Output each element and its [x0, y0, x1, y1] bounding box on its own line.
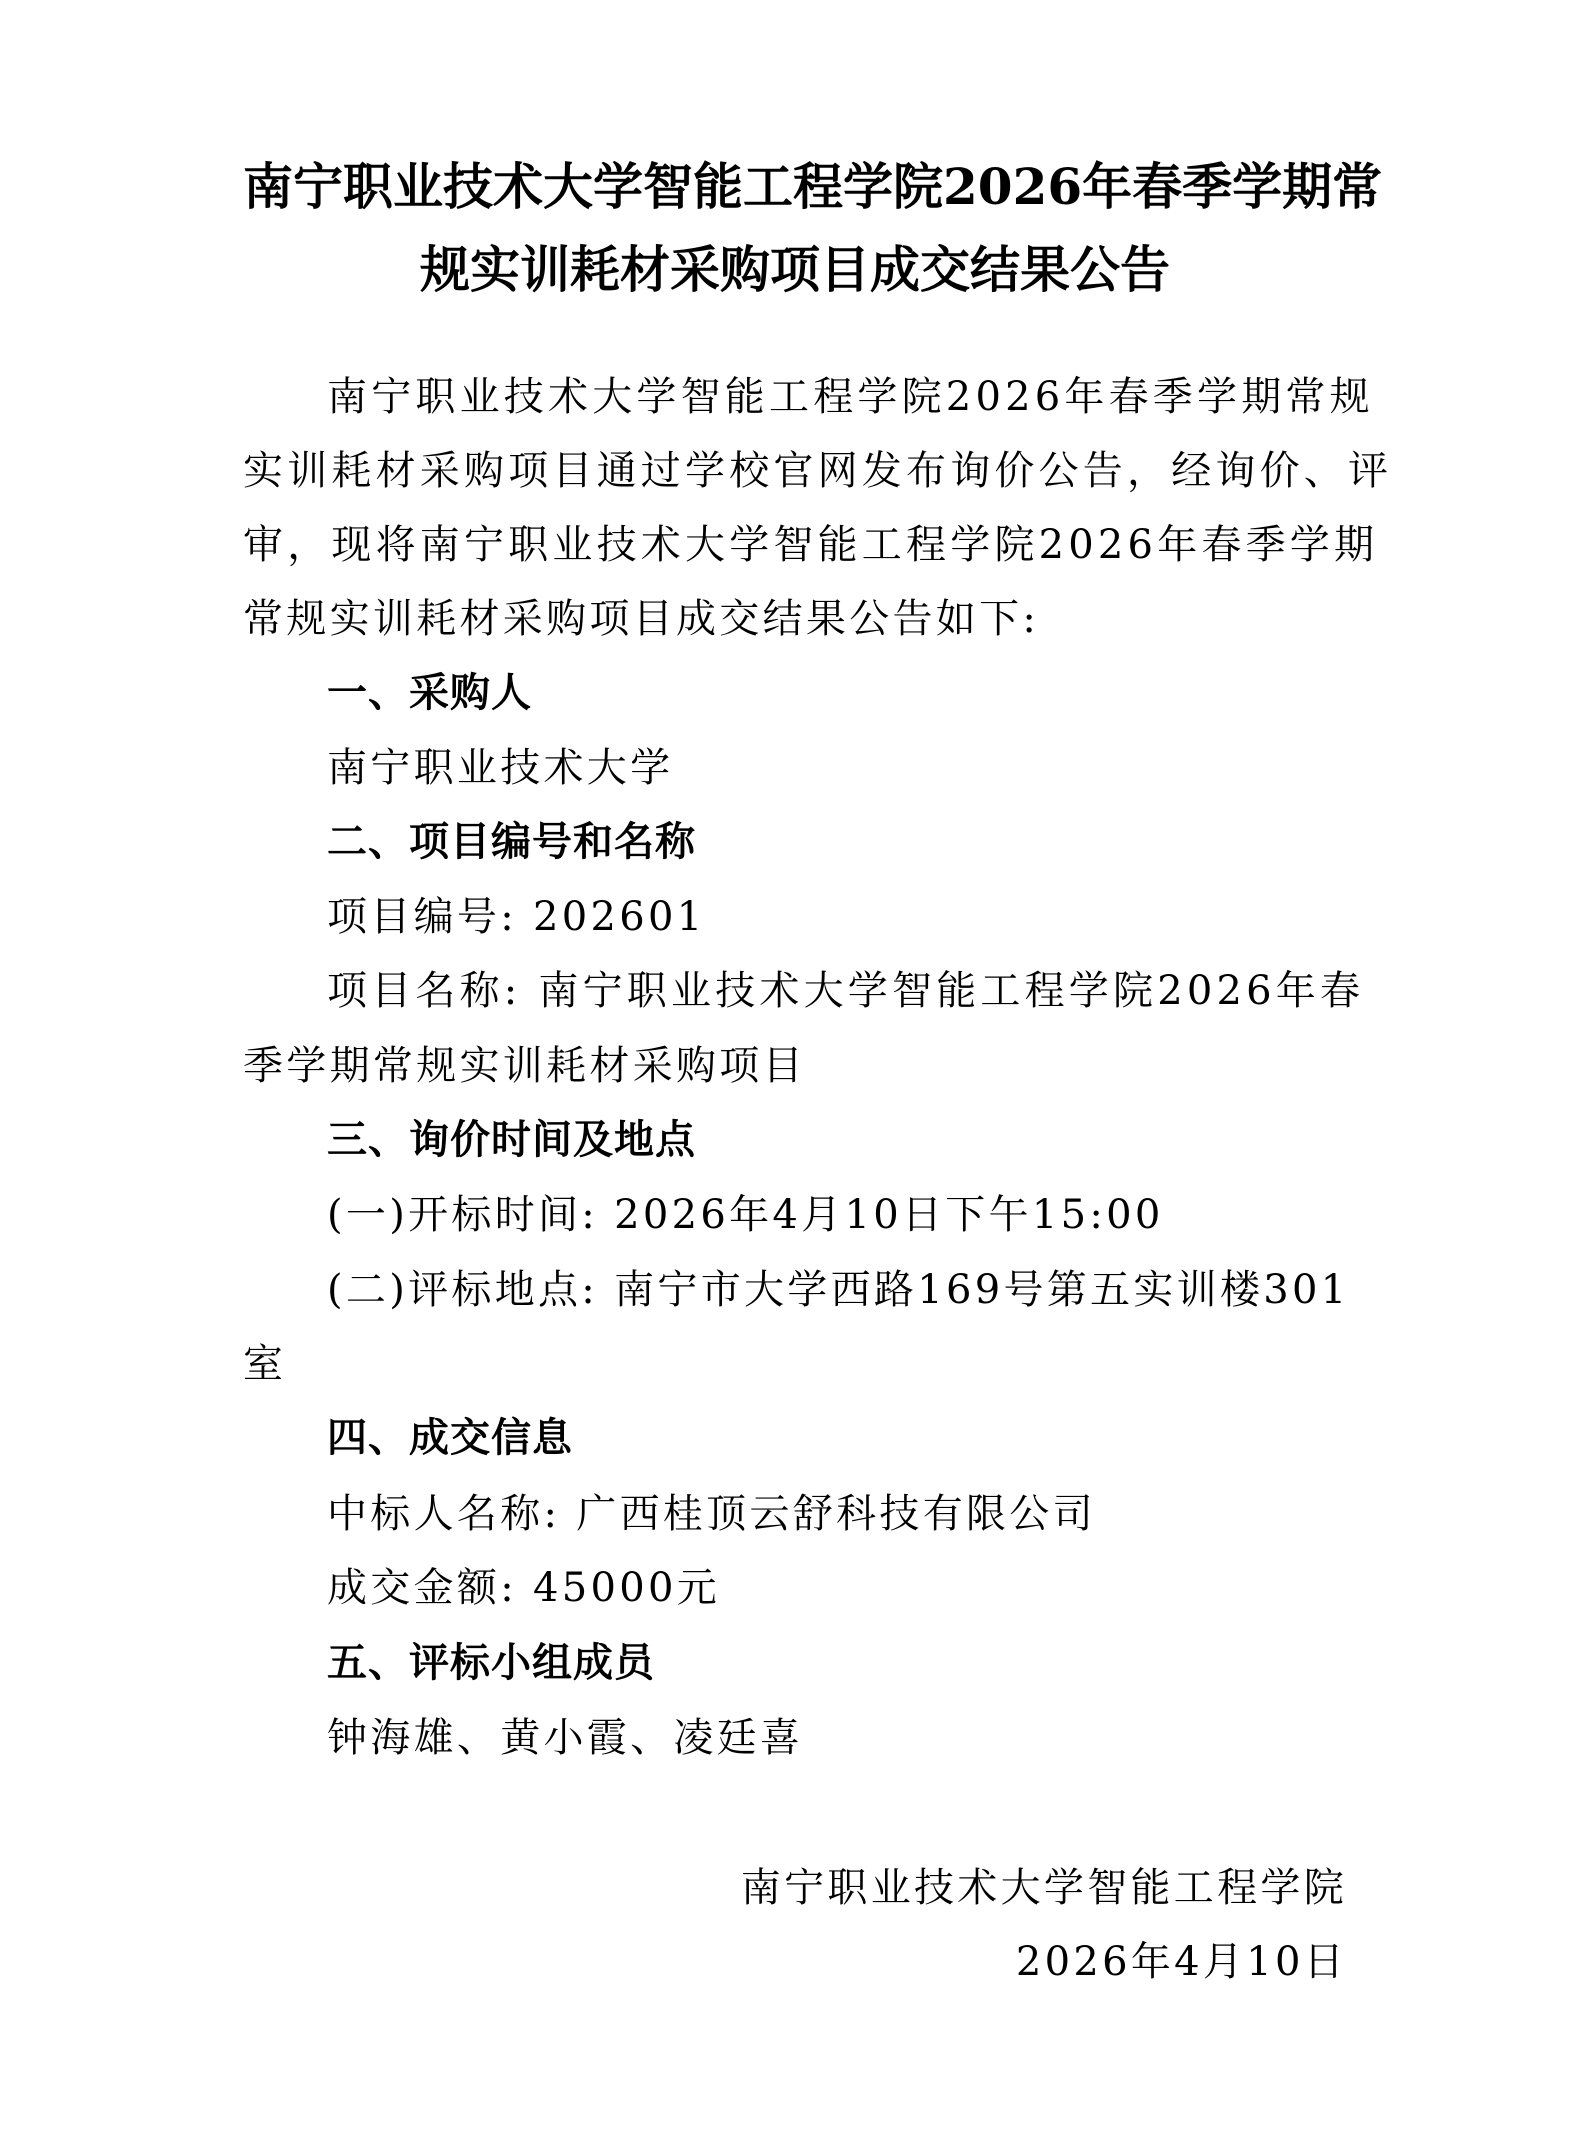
signature-date: 2026年4月10日 — [1016, 1942, 1347, 1982]
purchaser-name: 南宁职业技术大学 — [327, 748, 1431, 788]
intro-paragraph-line-3: 审，现将南宁职业技术大学智能工程学院2026年春季学期 — [243, 525, 1347, 565]
bid-opening-time: (一)开标时间: 2026年4月10日下午15:00 — [327, 1195, 1431, 1235]
section-heading-purchaser: 一、采购人 — [327, 673, 1431, 713]
document-title-line-2: 规实训耗材采购项目成交结果公告 — [243, 245, 1347, 295]
section-heading-committee: 五、评标小组成员 — [327, 1643, 1431, 1683]
evaluation-location-line-2: 室 — [243, 1344, 1347, 1384]
evaluation-location-line-1: (二)评标地点: 南宁市大学西路169号第五实训楼301 — [327, 1270, 1431, 1310]
project-name-line-1: 项目名称: 南宁职业技术大学智能工程学院2026年春 — [327, 971, 1431, 1011]
intro-paragraph-line-2: 实训耗材采购项目通过学校官网发布询价公告，经询价、评 — [243, 451, 1347, 491]
winning-bidder: 中标人名称: 广西桂顶云舒科技有限公司 — [327, 1494, 1431, 1534]
project-number: 项目编号: 202601 — [327, 897, 1431, 937]
document-title-line-1: 南宁职业技术大学智能工程学院2026年春季学期常 — [243, 162, 1347, 212]
project-name-line-2: 季学期常规实训耗材采购项目 — [243, 1046, 1347, 1086]
deal-amount: 成交金额: 45000元 — [327, 1568, 1431, 1608]
intro-paragraph-line-4: 常规实训耗材采购项目成交结果公告如下: — [243, 599, 1347, 639]
signature-organization: 南宁职业技术大学智能工程学院 — [741, 1868, 1347, 1908]
section-heading-time-location: 三、询价时间及地点 — [327, 1120, 1431, 1160]
committee-members: 钟海雄、黄小霞、凌廷喜 — [327, 1718, 1431, 1758]
section-heading-deal-info: 四、成交信息 — [327, 1418, 1431, 1458]
intro-paragraph-line-1: 南宁职业技术大学智能工程学院2026年春季学期常规 — [327, 377, 1431, 417]
section-heading-project: 二、项目编号和名称 — [327, 822, 1431, 862]
